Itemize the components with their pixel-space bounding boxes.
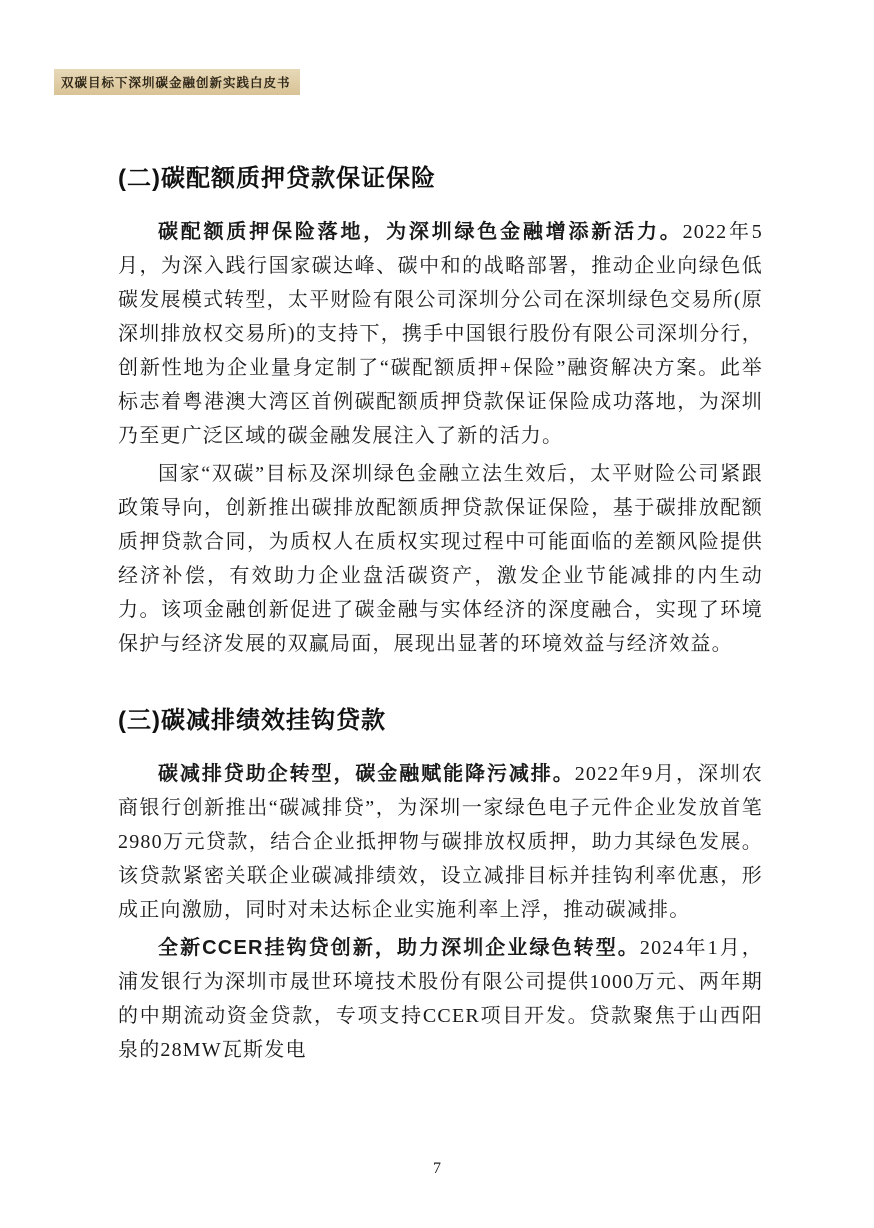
paragraph-text: 2022年5月，为深入践行国家碳达峰、碳中和的战略部署，推动企业向绿色低碳发展模… [118, 221, 763, 447]
paragraph-lead: 碳配额质押保险落地，为深圳绿色金融增添新活力。 [158, 221, 683, 243]
paragraph-lead: 全新CCER挂钩贷创新，助力深圳企业绿色转型。 [158, 937, 640, 959]
paragraph: 碳减排贷助企转型，碳金融赋能降污减排。2022年9月，深圳农商银行创新推出“碳减… [118, 757, 763, 927]
paragraph: 全新CCER挂钩贷创新，助力深圳企业绿色转型。2024年1月，浦发银行为深圳市晟… [118, 931, 763, 1067]
paragraph-lead: 碳减排贷助企转型，碳金融赋能降污减排。 [158, 763, 575, 785]
document-header-tag: 双碳目标下深圳碳金融创新实践白皮书 [54, 69, 300, 95]
section-heading-3: (三)碳减排绩效挂钩贷款 [118, 705, 763, 737]
paragraph-text: 国家“双碳”目标及深圳绿色金融立法生效后，太平财险公司紧跟政策导向，创新推出碳排… [118, 463, 763, 655]
paragraph: 国家“双碳”目标及深圳绿色金融立法生效后，太平财险公司紧跟政策导向，创新推出碳排… [118, 457, 763, 661]
page-number: 7 [0, 1160, 874, 1178]
document-page: 双碳目标下深圳碳金融创新实践白皮书 (二)碳配额质押贷款保证保险 碳配额质押保险… [0, 0, 874, 1228]
section-heading-2: (二)碳配额质押贷款保证保险 [118, 163, 763, 195]
paragraph-text: 2022年9月，深圳农商银行创新推出“碳减排贷”，为深圳一家绿色电子元件企业发放… [118, 763, 763, 921]
document-content: (二)碳配额质押贷款保证保险 碳配额质押保险落地，为深圳绿色金融增添新活力。20… [118, 163, 763, 1067]
paragraph: 碳配额质押保险落地，为深圳绿色金融增添新活力。2022年5月，为深入践行国家碳达… [118, 215, 763, 453]
